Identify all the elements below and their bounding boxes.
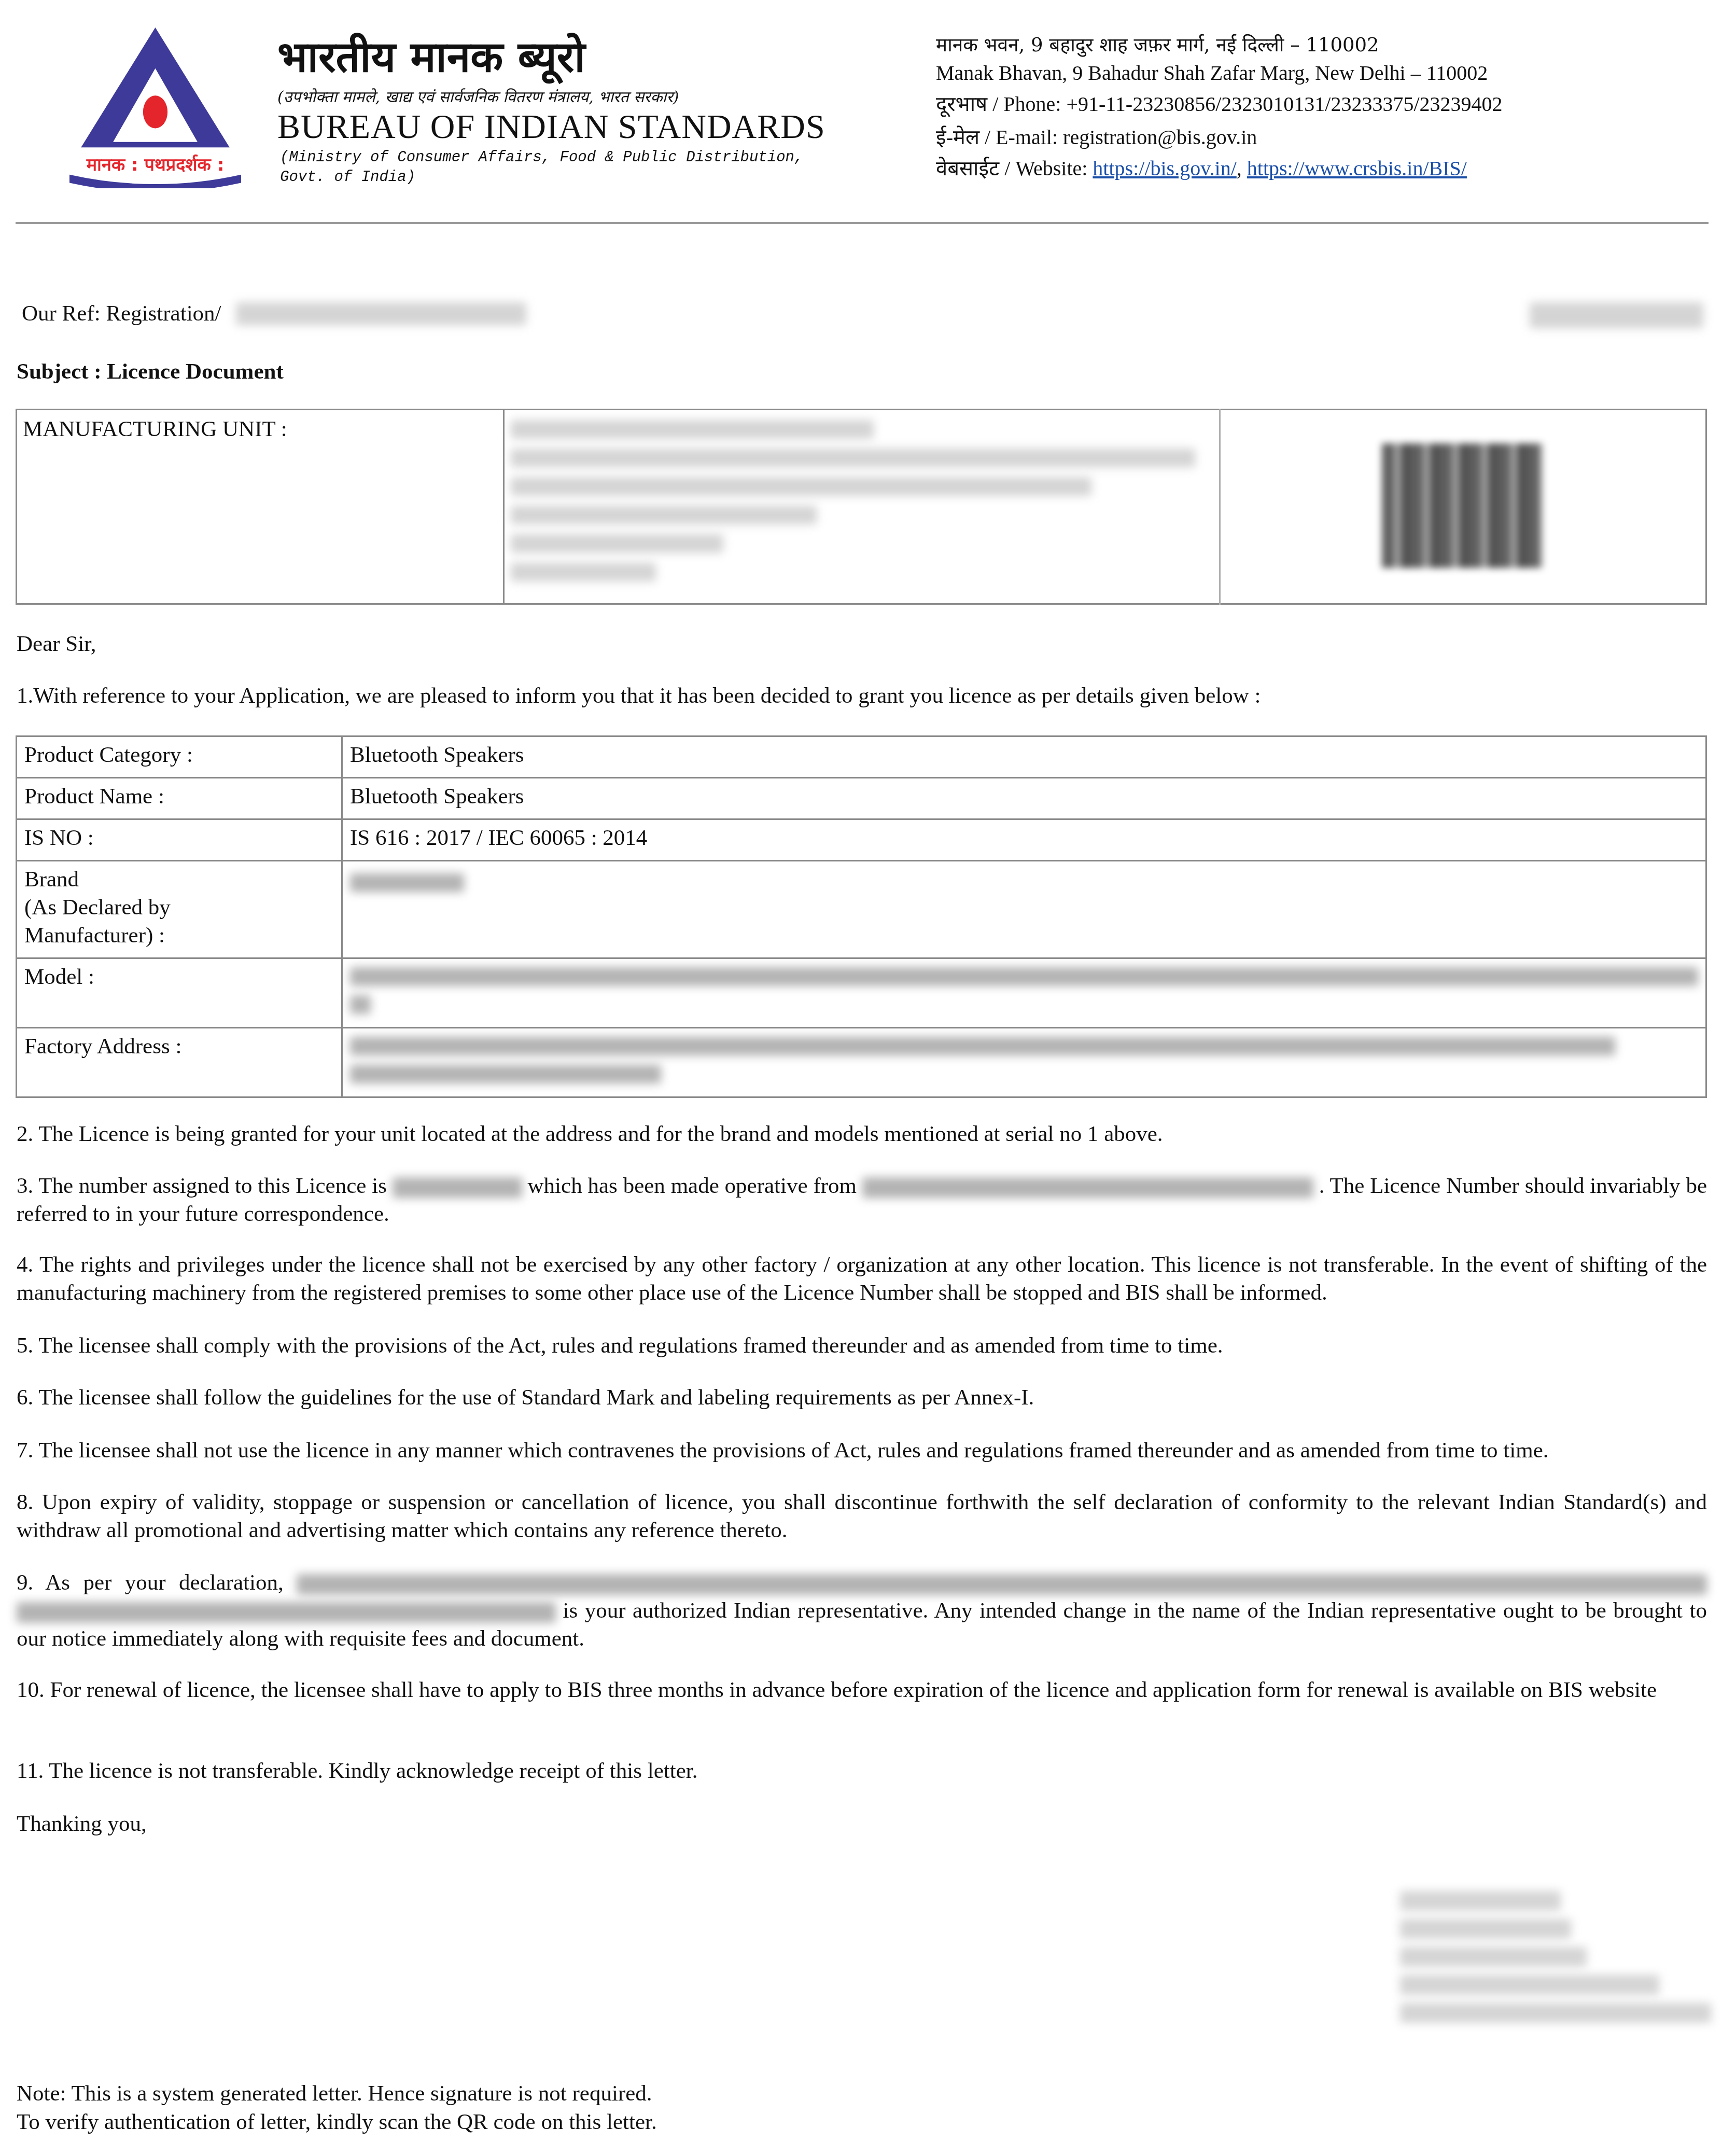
header-divider [16,222,1709,224]
mfg-address-line-redacted [511,534,723,553]
mfg-address-line-redacted [511,563,656,581]
website-label: वेबसाईट / Website: [936,157,1093,180]
row-label: Product Name : [17,778,342,819]
row-value: IS 616 : 2017 / IEC 60065 : 2014 [342,819,1706,861]
row-label: Factory Address : [17,1028,342,1097]
table-divider [503,409,505,605]
signature-line-redacted [1400,1947,1587,1967]
paragraph-10: 10. For renewal of licence, the licensee… [17,1676,1707,1704]
website-line: वेबसाईट / Website: https://bis.gov.in/, … [936,156,1467,182]
ref-number-redacted [236,302,526,325]
signature-line-redacted [1400,1975,1659,1995]
email-line: ई-मेल / E-mail: registration@bis.gov.in [936,124,1257,150]
email-label: ई-मेल / E-mail: [936,126,1063,149]
paragraph-11: 11. The licence is not transferable. Kin… [17,1757,1707,1785]
address-hindi: मानक भवन, 9 बहादुर शाह जफ़र मार्ग, नई दि… [936,32,1379,58]
mfg-address-line-redacted [511,506,817,524]
row-label: Model : [17,958,342,1028]
ministry-subtitle: (Ministry of Consumer Affairs, Food & Pu… [280,148,803,187]
email-value: registration@bis.gov.in [1063,126,1257,149]
row-label: Product Category : [17,736,342,778]
logo-tagline: मानक : पथप्रदर्शक : [86,154,225,175]
bis-logo-icon: मानक : पथप्रदर्शक : [66,27,245,188]
system-generated-note: Note: This is a system generated letter.… [17,2080,652,2108]
paragraph-6: 6. The licensee shall follow the guideli… [17,1384,1707,1412]
table-row: Model : [17,958,1706,1028]
table-row: Factory Address : [17,1028,1706,1097]
address-english: Manak Bhavan, 9 Bahadur Shah Zafar Marg,… [936,60,1488,86]
date-redacted [1530,302,1703,328]
ministry-line-2: Govt. of India) [280,168,803,187]
signature-line-redacted [1400,2003,1711,2023]
row-label: IS NO : [17,819,342,861]
phone-line: दूरभाष / Phone: +91-11-23230856/23230101… [936,91,1503,117]
table-row: IS NO : IS 616 : 2017 / IEC 60065 : 2014 [17,819,1706,861]
closing: Thanking you, [17,1810,147,1838]
row-label: Brand (As Declared by Manufacturer) : [17,861,342,958]
website-link-crsbis[interactable]: https://www.crsbis.in/BIS/ [1247,157,1467,180]
website-link-bis[interactable]: https://bis.gov.in/ [1093,157,1236,180]
row-value-redacted [342,861,1706,958]
signature-line-redacted [1400,1891,1561,1911]
ministry-line-1: (Ministry of Consumer Affairs, Food & Pu… [280,148,803,168]
mfg-address-line-redacted [511,477,1091,496]
mfg-address-line-redacted [511,449,1195,467]
mfg-address-line-redacted [511,420,874,439]
paragraph-1: 1.With reference to your Application, we… [17,682,1261,710]
manufacturing-unit-label: MANUFACTURING UNIT : [23,415,479,444]
hindi-ministry: (उपभोक्ता मामले, खाद्य एवं सार्वजनिक वित… [277,86,679,107]
paragraph-5: 5. The licensee shall comply with the pr… [17,1332,1707,1360]
paragraph-4: 4. The rights and privileges under the l… [17,1251,1707,1307]
row-value-redacted [342,958,1706,1028]
row-value-redacted [342,1028,1706,1097]
paragraph-9: 9. As per your declaration, is your auth… [17,1569,1707,1653]
hindi-title: भारतीय मानक ब्यूरो [277,31,585,83]
paragraph-2: 2. The Licence is being granted for your… [17,1120,1707,1148]
phone-value: +91-11-23230856/2323010131/23233375/2323… [1066,92,1502,116]
licence-details-table: Product Category : Bluetooth Speakers Pr… [16,735,1707,1098]
salutation: Dear Sir, [17,630,96,658]
row-value: Bluetooth Speakers [342,736,1706,778]
paragraph-8: 8. Upon expiry of validity, stoppage or … [17,1489,1707,1545]
table-row: Brand (As Declared by Manufacturer) : [17,861,1706,958]
phone-label: दूरभाष / Phone: [936,92,1066,116]
our-ref-label: Our Ref: Registration/ [22,300,221,328]
paragraph-7: 7. The licensee shall not use the licenc… [17,1437,1707,1465]
paragraph-3: 3. The number assigned to this Licence i… [17,1172,1707,1228]
signature-line-redacted [1400,1919,1571,1939]
qr-verification-note: To verify authentication of letter, kind… [17,2108,657,2136]
licence-number-redacted [393,1177,522,1198]
validity-dates-redacted [862,1177,1313,1198]
organization-title: BUREAU OF INDIAN STANDARDS [277,106,825,148]
qr-code-icon [1382,443,1543,568]
row-value: Bluetooth Speakers [342,778,1706,819]
table-divider [1219,409,1221,605]
table-row: Product Category : Bluetooth Speakers [17,736,1706,778]
representative-redacted [297,1574,1707,1595]
subject-line: Subject : Licence Document [17,358,284,386]
table-row: Product Name : Bluetooth Speakers [17,778,1706,819]
